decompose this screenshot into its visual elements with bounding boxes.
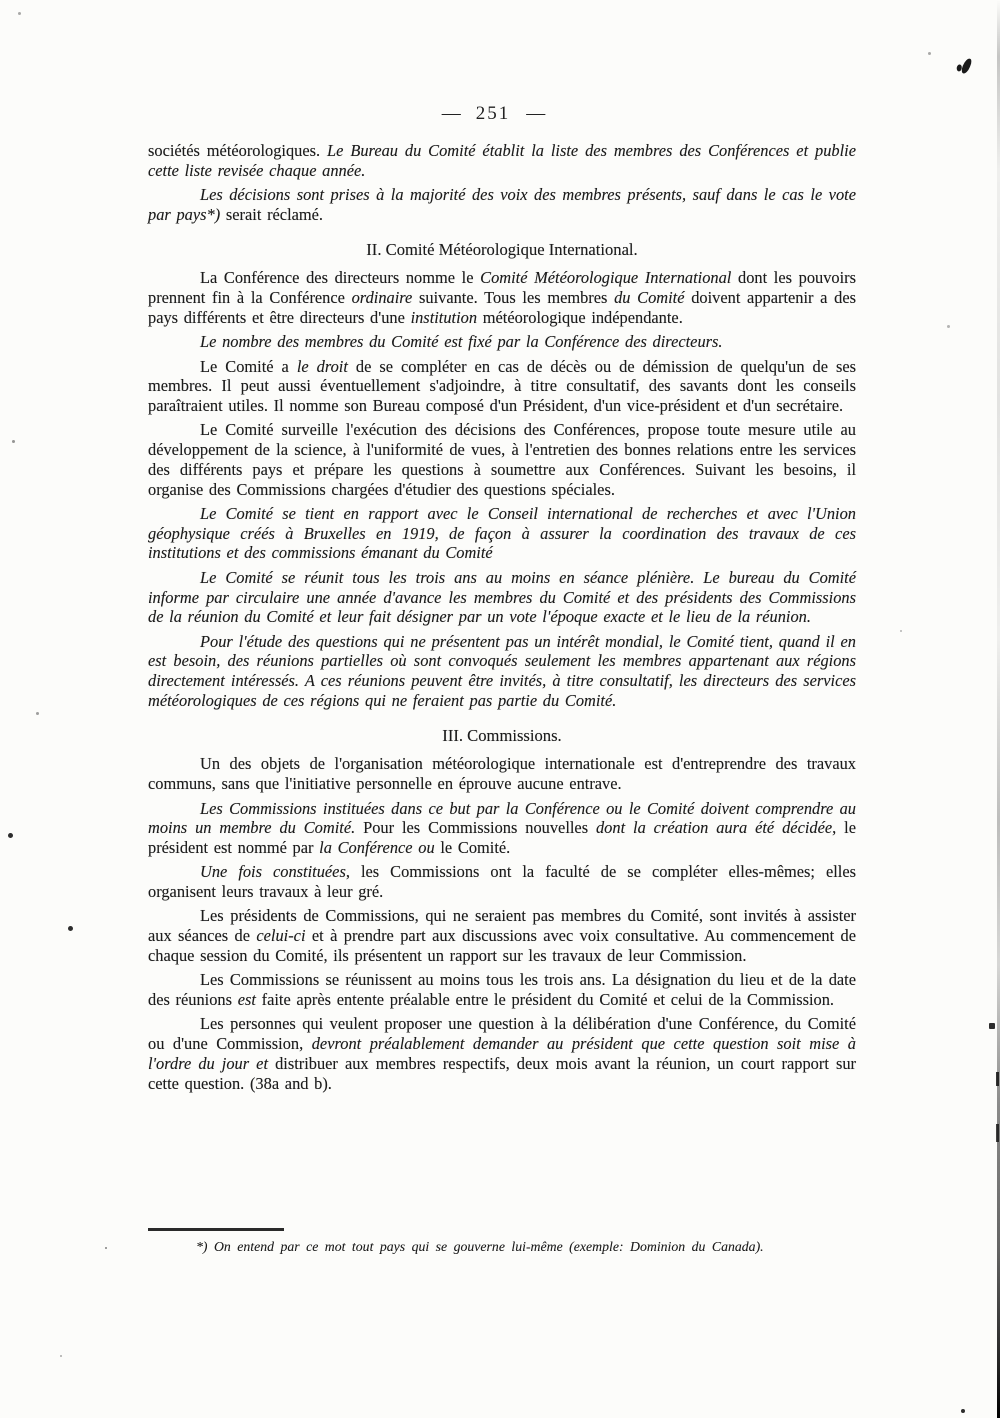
roman-run: Un des objets de l'organisation météorol… bbox=[148, 754, 856, 793]
paragraph: Le Comité surveille l'exécution des déci… bbox=[148, 420, 856, 499]
italic-run: du Comité bbox=[614, 288, 691, 307]
page-number-dash-right: — bbox=[526, 103, 544, 125]
scan-speck bbox=[928, 52, 931, 55]
paragraph: sociétés météorologiques. Le Bureau du C… bbox=[148, 141, 856, 181]
italic-run: institution bbox=[411, 308, 483, 327]
paragraph: Un des objets de l'organisation météorol… bbox=[148, 754, 856, 794]
paragraph: Le Comité se réunit tous les trois ans a… bbox=[148, 568, 856, 627]
italic-run: dont la création aura été décidée bbox=[596, 818, 832, 837]
italic-run: Le Comité se tient en rapport avec le Co… bbox=[148, 504, 856, 563]
document-page: —251— sociétés météorologiques. Le Burea… bbox=[0, 0, 1000, 1418]
roman-run: Le Comité surveille l'exécution des déci… bbox=[148, 420, 856, 498]
italic-run: Le Comité se réunit tous les trois ans a… bbox=[148, 568, 856, 627]
scan-speck bbox=[60, 1355, 62, 1357]
paragraph: Le nombre des membres du Comité est fixé… bbox=[148, 332, 856, 352]
scan-speck bbox=[947, 325, 950, 328]
roman-run: Pour les Commissions nouvelles bbox=[363, 818, 596, 837]
scan-speck bbox=[18, 12, 21, 15]
roman-run: le Comité. bbox=[440, 838, 510, 857]
page-number: 251 bbox=[476, 103, 511, 125]
scan-speck bbox=[961, 1409, 965, 1413]
paragraph: Pour l'étude des questions qui ne présen… bbox=[148, 632, 856, 711]
page-number-dash-left: — bbox=[442, 103, 460, 125]
footnote-separator bbox=[148, 1228, 284, 1231]
scan-speck bbox=[989, 1023, 995, 1029]
footnote-block: *) On entend par ce mot tout pays qui se… bbox=[148, 1228, 856, 1255]
italic-run: Une fois constituées bbox=[200, 862, 346, 881]
section-heading: II. Comité Météorologique International. bbox=[148, 240, 856, 260]
scan-edge-dash bbox=[996, 1072, 999, 1086]
paragraph: Le Comité se tient en rapport avec le Co… bbox=[148, 504, 856, 563]
paragraph: Une fois constituées, les Commissions on… bbox=[148, 862, 856, 902]
italic-run: Pour l'étude des questions qui ne présen… bbox=[148, 632, 856, 710]
italic-run: le droit bbox=[297, 357, 356, 376]
paragraph: La Conférence des directeurs nomme le Co… bbox=[148, 268, 856, 327]
scan-speck bbox=[36, 712, 39, 715]
document-body: sociétés météorologiques. Le Bureau du C… bbox=[148, 141, 856, 1098]
section-heading: III. Commissions. bbox=[148, 726, 856, 746]
paragraph: Les personnes qui veulent proposer une q… bbox=[148, 1014, 856, 1093]
roman-run: serait réclamé. bbox=[226, 205, 323, 224]
italic-run: la Conférence ou bbox=[319, 838, 440, 857]
italic-run: Comité Météorologique International bbox=[480, 268, 738, 287]
paragraph: Les Commissions instituées dans ce but p… bbox=[148, 799, 856, 858]
paragraph: Les décisions sont prises à la majorité … bbox=[148, 185, 856, 225]
scan-speck bbox=[900, 630, 902, 632]
roman-run: La Conférence des directeurs nomme le bbox=[200, 268, 480, 287]
italic-run: ordinaire bbox=[352, 288, 419, 307]
scan-speck bbox=[105, 1247, 107, 1249]
roman-run: météorologique indépendante. bbox=[483, 308, 683, 327]
roman-run: faite après entente préalable entre le p… bbox=[262, 990, 834, 1009]
scan-speck bbox=[8, 833, 13, 838]
paragraph: Le Comité a le droit de se compléter en … bbox=[148, 357, 856, 416]
scan-speck bbox=[68, 926, 73, 931]
roman-run: sociétés météorologiques. bbox=[148, 141, 327, 160]
footnote: *) On entend par ce mot tout pays qui se… bbox=[148, 1238, 856, 1255]
roman-run: Le Comité a bbox=[200, 357, 297, 376]
scan-speck bbox=[12, 440, 15, 443]
italic-run: Le nombre des membres du Comité est fixé… bbox=[200, 332, 723, 351]
italic-run: est bbox=[238, 990, 262, 1009]
paragraph: Les présidents de Commissions, qui ne se… bbox=[148, 906, 856, 965]
italic-run: celui-ci bbox=[256, 926, 312, 945]
scan-edge-dash bbox=[996, 1124, 999, 1142]
paragraph: Les Commissions se réunissent au moins t… bbox=[148, 970, 856, 1010]
page-header: —251— bbox=[0, 103, 986, 125]
roman-run: suivante. Tous les membres bbox=[419, 288, 614, 307]
ink-mark-artifact bbox=[960, 57, 972, 74]
